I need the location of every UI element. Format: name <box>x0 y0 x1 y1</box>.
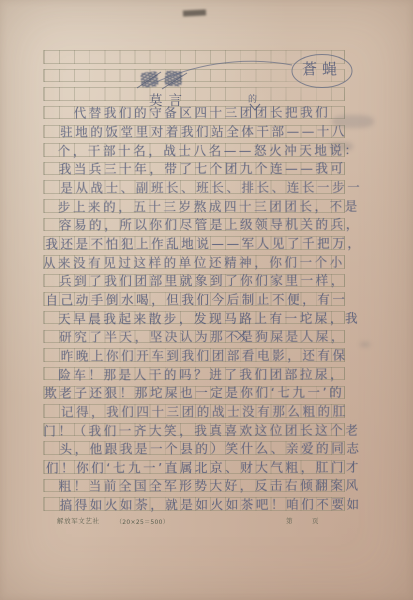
handwritten-line: 险车！那是人干的吗？进了我们团部拉尿， <box>43 367 345 381</box>
handwritten-line: 研究了半天，坚决认为那不是狗屎是人屎， <box>44 330 346 344</box>
handwritten-line: 容易的，所以你们尽管是上级领导机关的兵， <box>44 218 361 232</box>
footer-publisher: 解放军文艺社 <box>57 516 100 525</box>
handwritten-line: 是从战士、副班长、班长、排长、连长一步一 <box>45 181 362 195</box>
handwritten-line: 自己动手倒水喝，但我们今后制止不便，有一 <box>45 293 347 307</box>
insertion-char: 的 <box>248 92 257 105</box>
handwritten-line: 兵到了我们团部里就象到了你们家里一样， <box>44 274 346 288</box>
footer-page-suffix: 页 <box>312 516 319 525</box>
manuscript-body: 代替我们的守备区四十三团团长把我们 驻地的饭堂里对着我们站全体干部——十八 个，… <box>0 0 413 600</box>
margin-annotation-title: 蒼蝇 <box>302 58 342 79</box>
handwritten-line: 我当兵三十年，带了七个团九个连——我可 <box>44 162 346 176</box>
scribbled-title-char <box>164 70 182 86</box>
handwritten-line: 粗！当前全国全军形势大好，反击右倾翻案风 <box>43 479 360 493</box>
handwritten-line: 门！（我们一齐大笑，我真喜欢这位团长这个老 <box>43 423 360 437</box>
footer-grid-spec: （20×25＝500） <box>116 517 169 526</box>
handwritten-line: 昨晚上你们开车到我们团部看电影，还有保 <box>46 349 348 363</box>
handwritten-line: 搞得如火如荼，就是如火如茶吧！咱们不要如 <box>45 498 362 512</box>
handwritten-line: 驻地的饭堂里对着我们站全体干部——十八 <box>45 125 347 139</box>
author-name: 莫言 <box>149 89 188 109</box>
handwritten-line: 天早晨我起来散步，发现马路上有一坨屎，我 <box>43 311 360 325</box>
scribbled-title-char <box>140 71 158 88</box>
handwritten-line: 我还是不怕犯上作乱地说——军人见了千把万， <box>45 237 362 251</box>
handwritten-line: 记得，我们四十三团的战士没有那么粗的肛 <box>46 404 348 418</box>
printed-footer: 解放军文艺社 （20×25＝500） 第 页 <box>0 516 413 526</box>
handwritten-line: 头，他跟我是一个县的）笑什么、亲爱的同志 <box>44 442 361 456</box>
manuscript-page: 代替我们的守备区四十三团团长把我们 驻地的饭堂里对着我们站全体干部——十八 个，… <box>0 0 413 600</box>
handwritten-line: 个，干部十名，战士八名——怒火冲天地说： <box>43 143 360 157</box>
handwritten-line: 从来没有见过这样的单位还精神，你们一个小 <box>43 255 345 269</box>
footer-page-prefix: 第 <box>286 516 293 525</box>
handwritten-line: 欺老子还狠！那坨屎也一定是你们‘七九一’的 <box>44 386 344 400</box>
handwritten-line: 们！你们‘七九一’直属北京、财大气粗，肛门才 <box>46 460 361 474</box>
handwritten-line: 步上来的，五十三岁熬成四十三团团长，不是 <box>43 199 360 213</box>
